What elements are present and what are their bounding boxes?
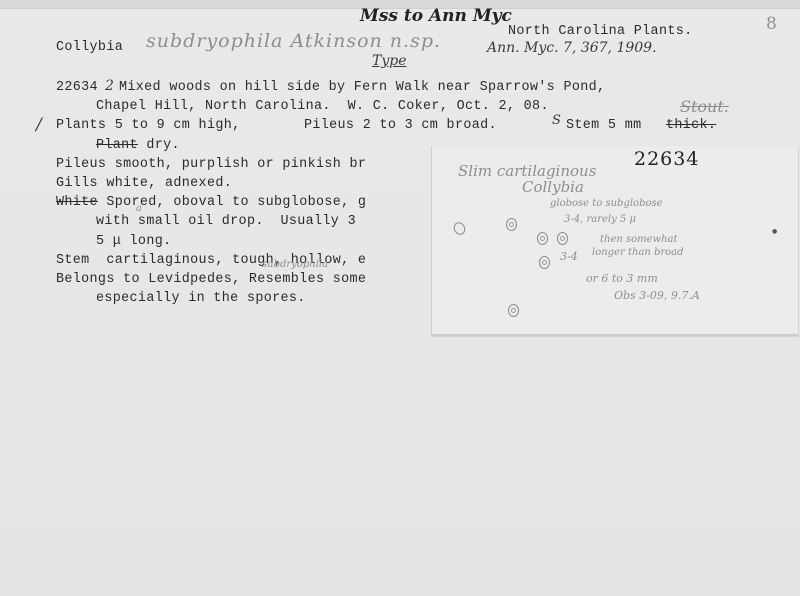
spore-sketch-icon [539,256,550,269]
locality-line-2: Chapel Hill, North Carolina. W. C. Coker… [96,99,549,115]
spores-oil-drop: with small oil drop. Usually 3 [96,214,356,230]
plant-dry: dry. [138,138,180,153]
handwritten-mss-note: Mss to Ann Myc [360,6,512,26]
spore-sketch-icon [537,232,548,245]
collection-header: North Carolina Plants. [508,24,693,40]
genus-label: Collybia [56,40,123,56]
struck-plant: Plant [96,138,138,153]
attached-note-slip: 22634 Slim cartilaginous Collybia globos… [431,146,798,336]
handwritten-type-label: Type [372,53,407,69]
description-size: Plants 5 to 9 cm high, [56,118,241,134]
margin-mark-2: 2 [105,78,114,94]
affinity-spores: especially in the spores. [96,291,306,307]
slip-note-6: then somewhat [600,234,678,245]
struck-thick: thick. [666,118,716,134]
herbarium-card: Collybia subdryophila Atkinson n.sp. Mss… [0,0,800,596]
spore-sketch-icon [508,304,519,317]
slip-note-9: Obs 3-09, 9.7.A [614,289,700,302]
struck-white: White [56,195,98,210]
page-number: 8 [766,14,777,34]
slip-collection-number: 22634 [634,148,699,170]
description-pileus-size: Pileus 2 to 3 cm broad. [304,118,497,134]
description-stem: Stem 5 mm [566,118,641,134]
handwritten-insert-subdryophila: subdryophila [262,259,328,270]
spore-length: 5 μ long. [96,234,171,250]
ink-dot: ● [772,228,777,235]
spore-sketch-icon [506,218,517,231]
margin-slash: / [36,115,42,135]
insert-a-mark: a [136,203,142,214]
slip-note-8: or 6 to 3 mm [586,272,658,285]
slip-note-4: 3-4, rarely 5 μ [564,214,636,225]
collection-number: 22634 [56,80,98,96]
handwritten-stout: Stout. [680,97,729,116]
gills-description: Gills white, adnexed. [56,176,232,192]
locality-line-1: Mixed woods on hill side by Fern Walk ne… [119,80,605,96]
slip-note-5: 3-4 [560,250,578,263]
handwritten-species-name: subdryophila Atkinson n.sp. [146,30,441,52]
pileus-description: Pileus smooth, purplish or pinkish br [56,157,366,173]
slip-note-7: longer than broad [592,247,684,258]
spore-sketch-icon [451,220,467,237]
slip-note-2: Collybia [522,178,584,196]
slip-note-3: globose to subglobose [550,198,663,209]
insert-s-mark: S [552,113,561,128]
affinity-description: Belongs to Levidpedes, Resembles some [56,272,366,288]
spore-sketch-icon [557,232,568,245]
handwritten-citation: Ann. Myc. 7, 367, 1909. [487,40,657,56]
